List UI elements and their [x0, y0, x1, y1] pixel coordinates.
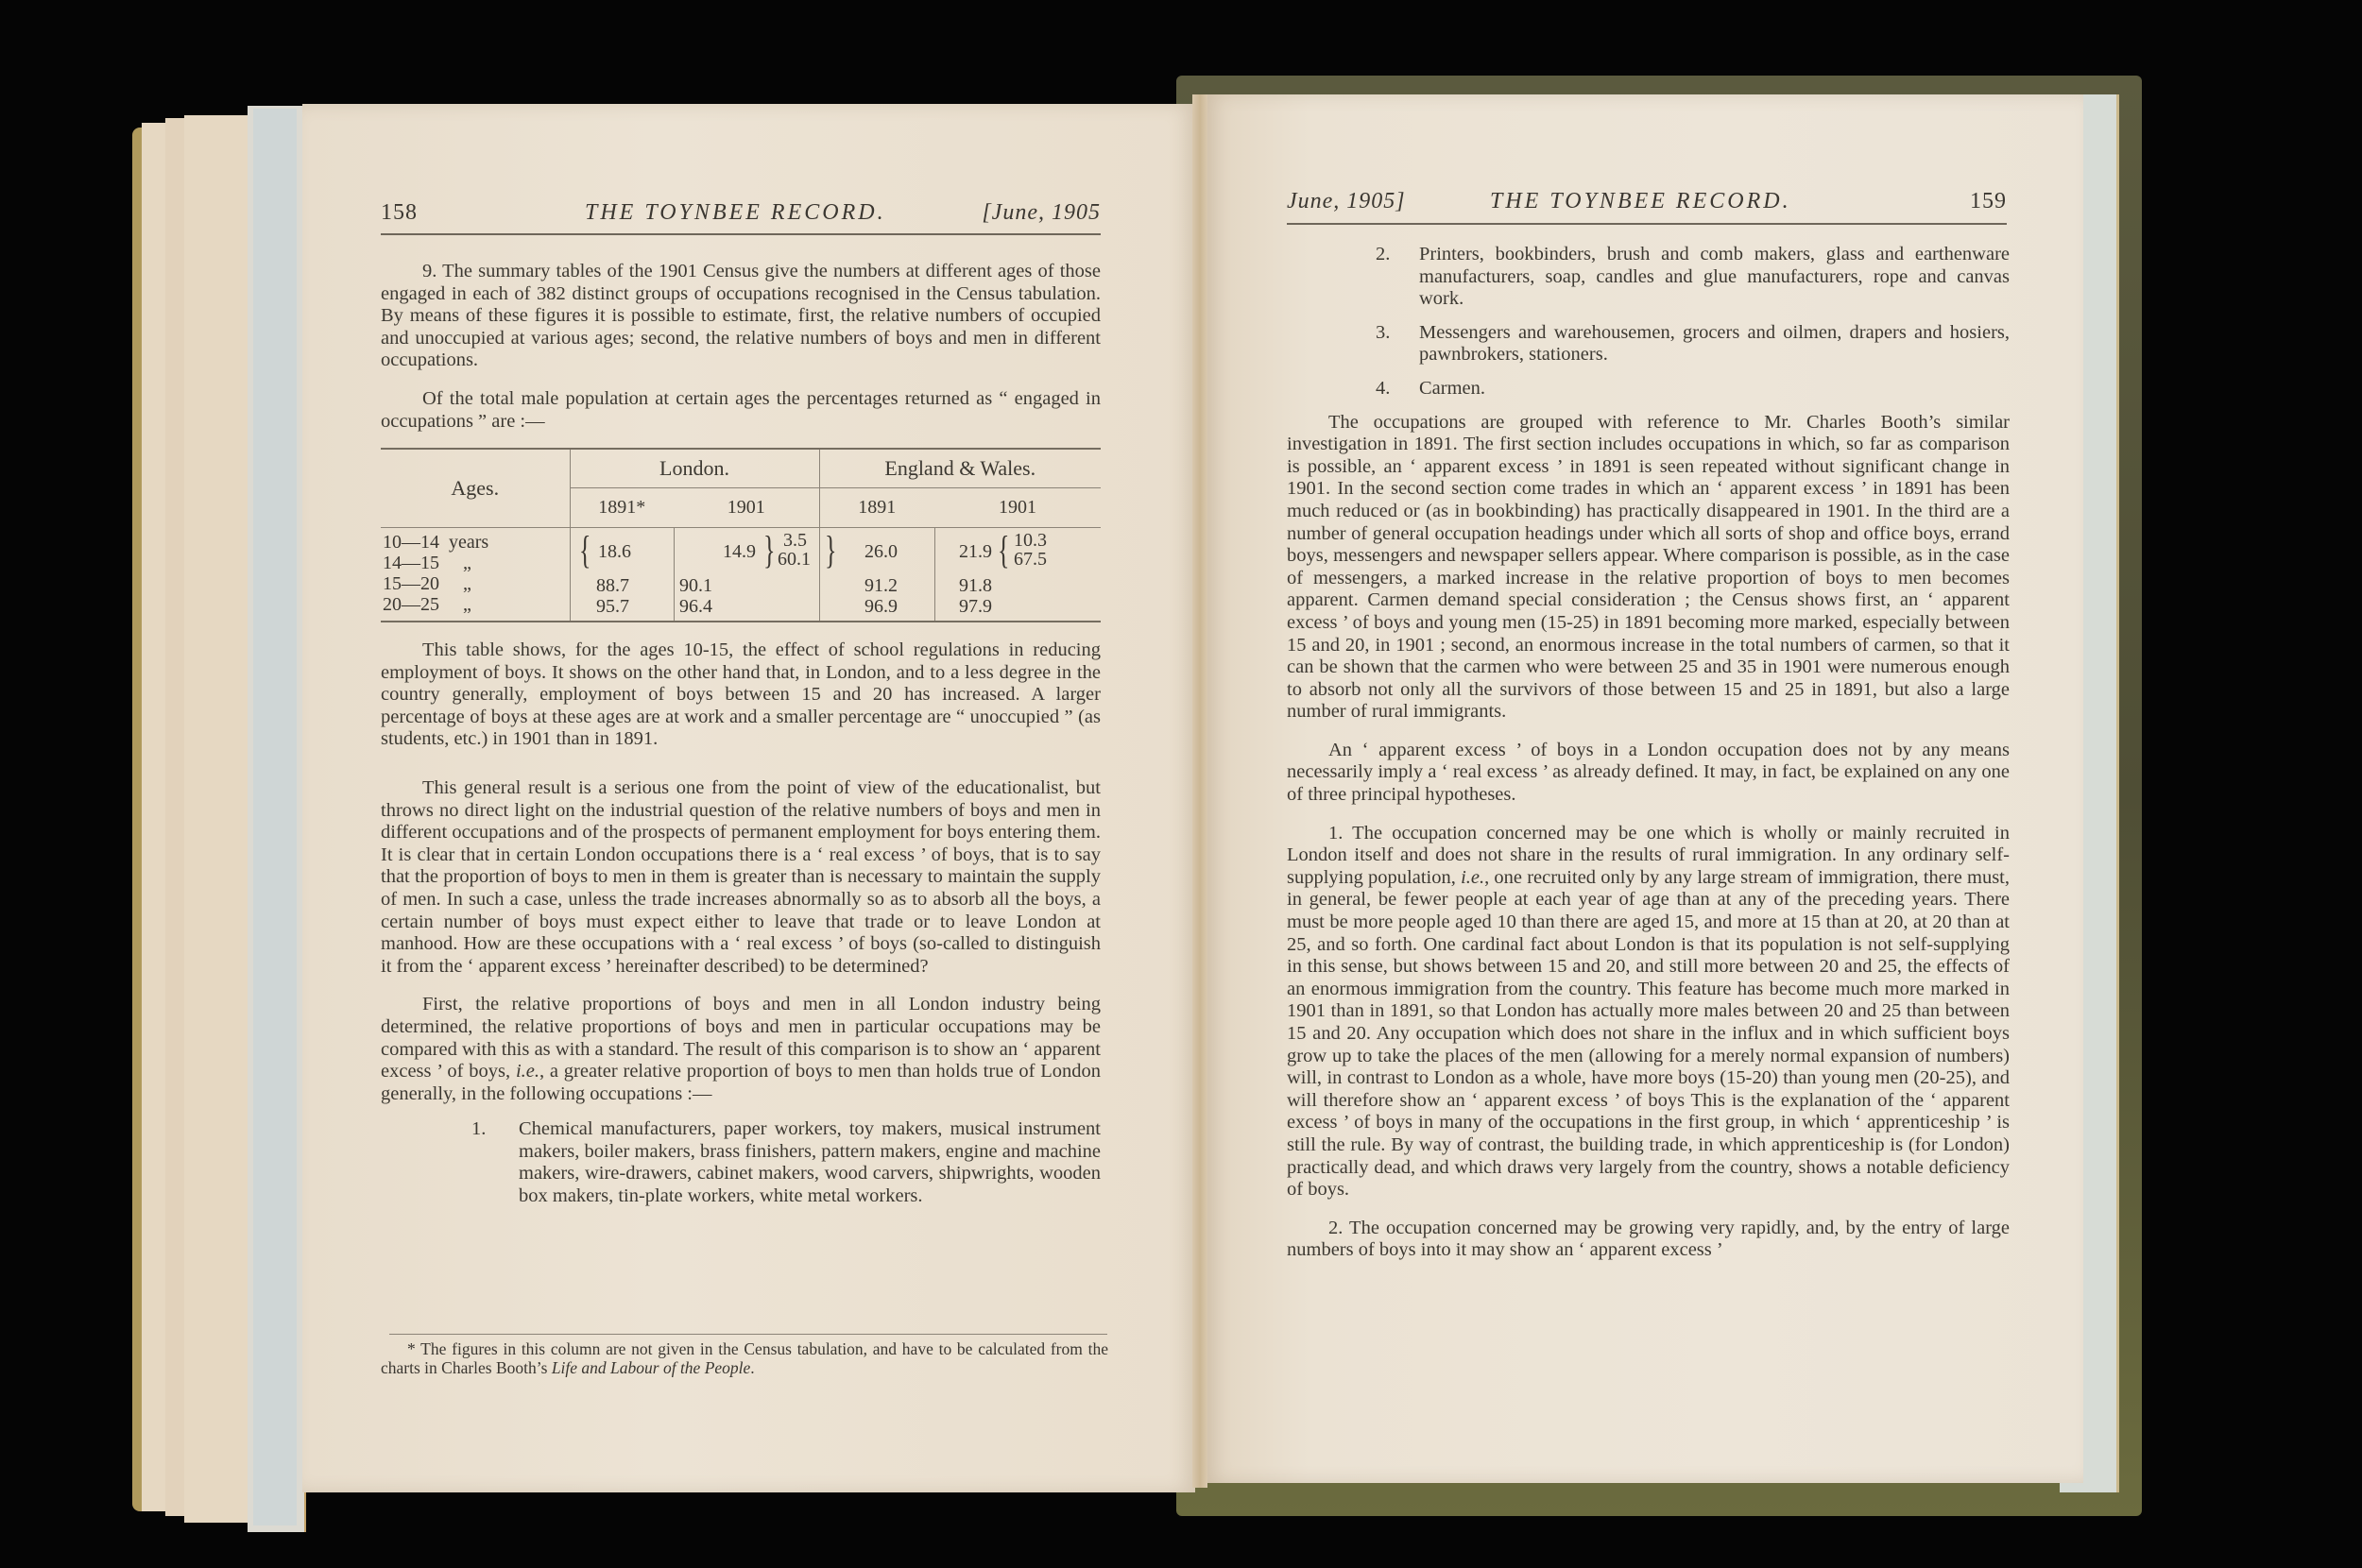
paragraph-first: First, the relative proportions of boys … — [381, 994, 1101, 1105]
issue-date: June, 1905] — [1287, 189, 1406, 214]
cell-eng-1891-20-25: 96.9 — [864, 596, 898, 618]
cell-london-1901-14-15: 60.1 — [778, 549, 811, 571]
list-text: Carmen. — [1419, 378, 2010, 401]
left-text-block-2: This table shows, for the ages 10-15, th… — [381, 639, 1101, 1208]
cell-eng-1901-20-25: 97.9 — [959, 596, 992, 618]
left-running-head: 158 THE TOYNBEE RECORD. [June, 1905 — [381, 200, 1101, 230]
brace-icon: } — [825, 536, 836, 566]
header-rule — [381, 233, 1101, 235]
col-london-1891: 1891* — [570, 487, 674, 527]
cell-london-1901-20-25: 96.4 — [679, 596, 712, 618]
list-text: Chemical manufacturers, paper workers, t… — [519, 1118, 1101, 1207]
paragraph-intro: Of the total male population at certain … — [381, 388, 1101, 433]
col-eng-1901: 1901 — [934, 487, 1101, 527]
ie-abbrev: i.e. — [516, 1061, 539, 1082]
london-group-header: London. — [570, 450, 819, 487]
paragraph-hypothesis-1: 1. The occupation concerned may be one w… — [1287, 823, 2010, 1202]
book-gutter — [1192, 94, 1207, 1488]
paragraph-9: 9. The summary tables of the 1901 Census… — [381, 261, 1101, 372]
right-running-head: June, 1905] THE TOYNBEE RECORD. 159 — [1287, 189, 2007, 219]
footnote: * The figures in this column are not giv… — [381, 1339, 1108, 1377]
list-number: 3. — [1376, 322, 1419, 366]
cell-london-1901-15-20: 90.1 — [679, 575, 712, 597]
brace-icon: { — [998, 536, 1009, 566]
list-text: Printers, bookbinders, brush and comb ma… — [1419, 244, 2010, 311]
table-row-age: 15—20 „ — [383, 573, 488, 594]
cell-eng-1901-15-20: 91.8 — [959, 575, 992, 597]
page-number: 158 — [381, 200, 418, 226]
table-row-age: 20—25 „ — [383, 594, 488, 615]
cell-eng-1891-15-20: 91.2 — [864, 575, 898, 597]
running-title: THE TOYNBEE RECORD. — [585, 200, 886, 226]
cell-eng-1901-14-15: 67.5 — [1014, 549, 1047, 571]
cell-london-1891-10-15: 18.6 — [598, 541, 631, 563]
running-title: THE TOYNBEE RECORD. — [1490, 189, 1791, 214]
census-table: Ages. London. England & Wales. 1891* 190… — [381, 448, 1101, 622]
occupation-list-item-2: 2. Printers, bookbinders, brush and comb… — [1287, 244, 2010, 311]
paragraph-apparent-excess: An ‘ apparent excess ’ of boys in a Lond… — [1287, 740, 2010, 807]
cell-london-1891-15-20: 88.7 — [596, 575, 629, 597]
col-eng-1891: 1891 — [819, 487, 934, 527]
hypothesis-text: , one recruited only by any large stream… — [1287, 867, 2010, 1200]
list-number: 4. — [1376, 378, 1419, 401]
paragraph-table-shows: This table shows, for the ages 10-15, th… — [381, 639, 1101, 751]
cell-london-1891-20-25: 95.7 — [596, 596, 629, 618]
paragraph-general-result: This general result is a serious one fro… — [381, 777, 1101, 978]
occupation-list-item-3: 3. Messengers and warehousemen, grocers … — [1287, 322, 2010, 366]
occupation-list-item-1: 1. Chemical manufacturers, paper workers… — [381, 1118, 1101, 1207]
table-row-age: 10—14 years — [383, 532, 488, 553]
ages-header: Ages. — [381, 450, 570, 527]
list-text: Messengers and warehousemen, grocers and… — [1419, 322, 2010, 366]
header-rule — [1287, 223, 2007, 225]
list-number: 1. — [471, 1118, 519, 1207]
cell-eng-1891-10-15: 26.0 — [864, 541, 898, 563]
tissue-page-edge — [253, 109, 297, 1525]
footnote-rule — [389, 1334, 1107, 1335]
footnote-book-title: Life and Labour of the People — [552, 1358, 750, 1377]
paragraph-grouped: The occupations are grouped with referen… — [1287, 412, 2010, 724]
table-age-labels: 10—14 years 14—15 „ 15—20 „ 20—25 „ — [383, 532, 488, 615]
occupation-list-item-4: 4. Carmen. — [1287, 378, 2010, 401]
issue-date: [June, 1905 — [982, 200, 1101, 226]
cell-london-1901-10-15: 14.9 — [723, 541, 756, 563]
footnote-text: . — [750, 1358, 754, 1377]
brace-icon: { — [579, 536, 590, 566]
england-wales-group-header: England & Wales. — [819, 450, 1101, 487]
census-table-body: 10—14 years 14—15 „ 15—20 „ 20—25 „ { 18… — [381, 528, 1101, 622]
brace-icon: } — [763, 536, 775, 566]
list-number: 2. — [1376, 244, 1419, 311]
col-london-1901: 1901 — [674, 487, 819, 527]
paragraph-hypothesis-2: 2. The occupation concerned may be growi… — [1287, 1218, 2010, 1262]
right-text-block: 2. Printers, bookbinders, brush and comb… — [1287, 244, 2010, 1262]
table-row-age: 14—15 „ — [383, 553, 488, 573]
page-number: 159 — [1970, 189, 2007, 214]
left-text-block-1: 9. The summary tables of the 1901 Census… — [381, 261, 1101, 433]
ie-abbrev: i.e. — [1461, 867, 1484, 888]
cell-eng-1901-10-15: 21.9 — [959, 541, 992, 563]
